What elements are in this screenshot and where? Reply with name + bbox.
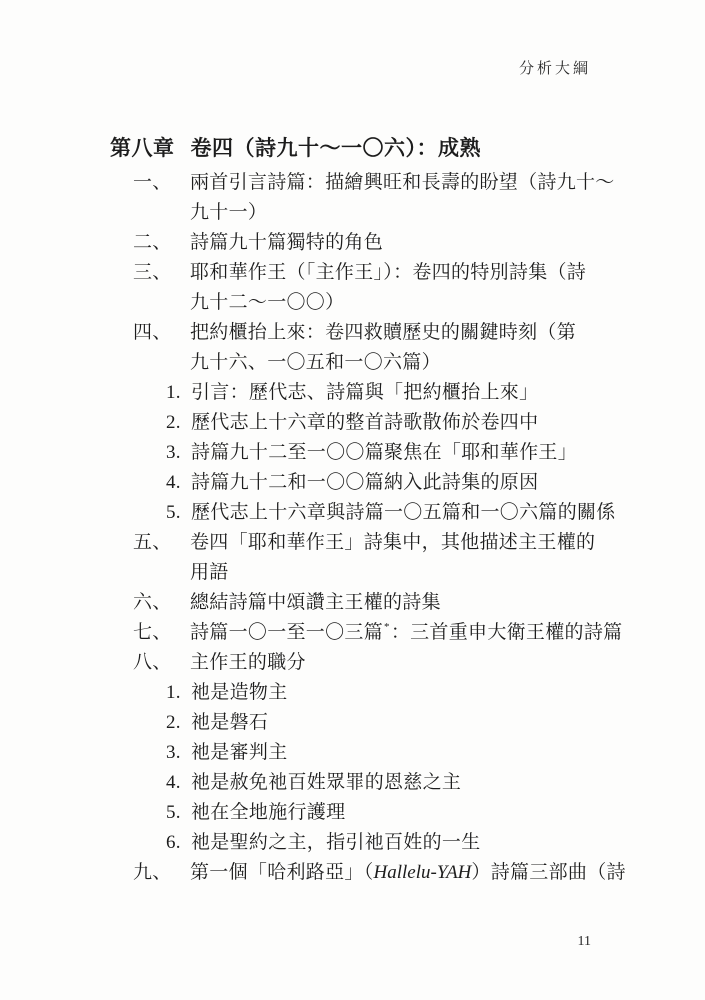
- outline-text-line: 九十二～一〇〇）: [190, 288, 586, 318]
- outline-subitem-text: 詩篇九十二至一〇〇篇聚焦在「耶和華作王」: [191, 438, 577, 468]
- outline-text-line: 用語: [190, 558, 595, 588]
- outline-item-number: 七、: [133, 618, 190, 648]
- outline-item-text: 兩首引言詩篇：描繪興旺和長壽的盼望（詩九十～九十一）: [190, 168, 615, 228]
- outline-item-number: 二、: [133, 228, 190, 258]
- outline-text-line: 歷代志上十六章的整首詩歌散佈於卷四中: [191, 408, 538, 438]
- outline-item-number: 八、: [133, 648, 190, 678]
- outline-item-text: 總結詩篇中頌讚主王權的詩集: [190, 588, 441, 618]
- outline-subitem-text: 祂是審判主: [191, 738, 288, 768]
- outline-list: 一、兩首引言詩篇：描繪興旺和長壽的盼望（詩九十～九十一）二、詩篇九十篇獨特的角色…: [0, 168, 705, 888]
- outline-item: 八、主作王的職分: [0, 648, 705, 678]
- footnote-asterisk: *: [384, 621, 390, 633]
- outline-subitem-text: 引言：歷代志、詩篇與「把約櫃抬上來」: [191, 378, 538, 408]
- outline-subitem: 3.祂是審判主: [0, 738, 705, 768]
- outline-item-text: 耶和華作王（「主作王」）：卷四的特別詩集（詩九十二～一〇〇）: [190, 258, 586, 318]
- transliteration-italic: Hallelu-YAH: [374, 862, 472, 883]
- outline-text-line: 祂是赦免祂百姓眾罪的恩慈之主: [191, 768, 461, 798]
- outline-item-text: 把約櫃抬上來：卷四救贖歷史的關鍵時刻（第九十六、一〇五和一〇六篇）: [190, 318, 576, 378]
- outline-subitem-number: 5.: [166, 498, 191, 528]
- outline-item-number: 四、: [133, 318, 190, 378]
- outline-item-text: 第一個「哈利路亞」（Hallelu-YAH）詩篇三部曲（詩: [190, 858, 620, 888]
- running-head: 分析大綱: [519, 57, 591, 78]
- outline-item-text: 詩篇九十篇獨特的角色: [190, 228, 383, 258]
- outline-text-line: 兩首引言詩篇：描繪興旺和長壽的盼望（詩九十～: [190, 168, 615, 198]
- outline-text-line: 祂是聖約之主，指引祂百姓的一生: [191, 828, 481, 858]
- outline-subitem-text: 詩篇九十二和一〇〇篇納入此詩集的原因: [191, 468, 538, 498]
- outline-subitem-text: 祂是赦免祂百姓眾罪的恩慈之主: [191, 768, 461, 798]
- outline-text-line: 引言：歷代志、詩篇與「把約櫃抬上來」: [191, 378, 538, 408]
- outline-subitem: 4.祂是赦免祂百姓眾罪的恩慈之主: [0, 768, 705, 798]
- outline-text-line: 詩篇一〇一至一〇三篇*：三首重申大衛王權的詩篇: [190, 618, 620, 648]
- outline-text-line: 總結詩篇中頌讚主王權的詩集: [190, 588, 441, 618]
- book-page: 分析大綱 第八章卷四（詩九十～一〇六）：成熟 一、兩首引言詩篇：描繪興旺和長壽的…: [0, 0, 705, 1000]
- outline-subitem-number: 2.: [166, 408, 191, 438]
- outline-item-text: 詩篇一〇一至一〇三篇*：三首重申大衛王權的詩篇: [190, 618, 620, 648]
- outline-subitem-number: 1.: [166, 678, 191, 708]
- outline-subitem-number: 3.: [166, 438, 191, 468]
- outline-item-text: 卷四「耶和華作王」詩集中，其他描述主王權的用語: [190, 528, 595, 588]
- outline-text-line: 主作王的職分: [190, 648, 306, 678]
- outline-text-line: 卷四「耶和華作王」詩集中，其他描述主王權的: [190, 528, 595, 558]
- outline-subitem: 4.詩篇九十二和一〇〇篇納入此詩集的原因: [0, 468, 705, 498]
- outline-subitem-number: 3.: [166, 738, 191, 768]
- outline-text-line: 把約櫃抬上來：卷四救贖歷史的關鍵時刻（第: [190, 318, 576, 348]
- outline-text-line: 祂是磐石: [191, 708, 268, 738]
- page-number: 11: [578, 934, 591, 950]
- outline-subitem-text: 祂是磐石: [191, 708, 268, 738]
- outline-text-line: 第一個「哈利路亞」（Hallelu-YAH）詩篇三部曲（詩: [190, 858, 620, 888]
- outline-subitem: 1.引言：歷代志、詩篇與「把約櫃抬上來」: [0, 378, 705, 408]
- outline-item: 一、兩首引言詩篇：描繪興旺和長壽的盼望（詩九十～九十一）: [0, 168, 705, 228]
- outline-subitem-number: 6.: [166, 828, 191, 858]
- outline-subitem: 5.歷代志上十六章與詩篇一〇五篇和一〇六篇的關係: [0, 498, 705, 528]
- outline-subitem: 2.祂是磐石: [0, 708, 705, 738]
- outline-subitem: 5.祂在全地施行護理: [0, 798, 705, 828]
- outline-item: 五、卷四「耶和華作王」詩集中，其他描述主王權的用語: [0, 528, 705, 588]
- outline-text-line: 九十六、一〇五和一〇六篇）: [190, 348, 576, 378]
- outline-item: 四、把約櫃抬上來：卷四救贖歷史的關鍵時刻（第九十六、一〇五和一〇六篇）: [0, 318, 705, 378]
- chapter-number: 第八章: [110, 136, 175, 160]
- outline-subitem-text: 祂是造物主: [191, 678, 288, 708]
- outline-item: 二、詩篇九十篇獨特的角色: [0, 228, 705, 258]
- chapter-title: 卷四（詩九十～一〇六）：成熟: [191, 136, 482, 160]
- outline-subitem: 1.祂是造物主: [0, 678, 705, 708]
- outline-subitem-number: 5.: [166, 798, 191, 828]
- outline-subitem-text: 歷代志上十六章的整首詩歌散佈於卷四中: [191, 408, 538, 438]
- outline-text-line: 祂是審判主: [191, 738, 288, 768]
- chapter-heading: 第八章卷四（詩九十～一〇六）：成熟: [110, 132, 481, 162]
- outline-text-line: 耶和華作王（「主作王」）：卷四的特別詩集（詩: [190, 258, 586, 288]
- outline-subitem-number: 4.: [166, 768, 191, 798]
- outline-subitem-text: 歷代志上十六章與詩篇一〇五篇和一〇六篇的關係: [191, 498, 616, 528]
- outline-item-number: 三、: [133, 258, 190, 318]
- outline-text-line: 詩篇九十二和一〇〇篇納入此詩集的原因: [191, 468, 538, 498]
- outline-subitem: 2.歷代志上十六章的整首詩歌散佈於卷四中: [0, 408, 705, 438]
- outline-text-line: 歷代志上十六章與詩篇一〇五篇和一〇六篇的關係: [191, 498, 616, 528]
- outline-item-number: 五、: [133, 528, 190, 588]
- outline-item-number: 六、: [133, 588, 190, 618]
- outline-item: 九、第一個「哈利路亞」（Hallelu-YAH）詩篇三部曲（詩: [0, 858, 705, 888]
- outline-item-number: 九、: [133, 858, 190, 888]
- outline-text-line: 詩篇九十篇獨特的角色: [190, 228, 383, 258]
- outline-text-line: 祂在全地施行護理: [191, 798, 345, 828]
- outline-subitem: 3.詩篇九十二至一〇〇篇聚焦在「耶和華作王」: [0, 438, 705, 468]
- outline-subitem: 6.祂是聖約之主，指引祂百姓的一生: [0, 828, 705, 858]
- outline-item: 七、詩篇一〇一至一〇三篇*：三首重申大衛王權的詩篇: [0, 618, 705, 648]
- outline-text-line: 詩篇九十二至一〇〇篇聚焦在「耶和華作王」: [191, 438, 577, 468]
- outline-subitem-text: 祂在全地施行護理: [191, 798, 345, 828]
- outline-item: 三、耶和華作王（「主作王」）：卷四的特別詩集（詩九十二～一〇〇）: [0, 258, 705, 318]
- outline-subitem-number: 1.: [166, 378, 191, 408]
- outline-text-line: 祂是造物主: [191, 678, 288, 708]
- outline-text-line: 九十一）: [190, 198, 615, 228]
- outline-subitem-number: 2.: [166, 708, 191, 738]
- outline-subitem-text: 祂是聖約之主，指引祂百姓的一生: [191, 828, 481, 858]
- outline-item: 六、總結詩篇中頌讚主王權的詩集: [0, 588, 705, 618]
- outline-item-text: 主作王的職分: [190, 648, 306, 678]
- outline-item-number: 一、: [133, 168, 190, 228]
- outline-subitem-number: 4.: [166, 468, 191, 498]
